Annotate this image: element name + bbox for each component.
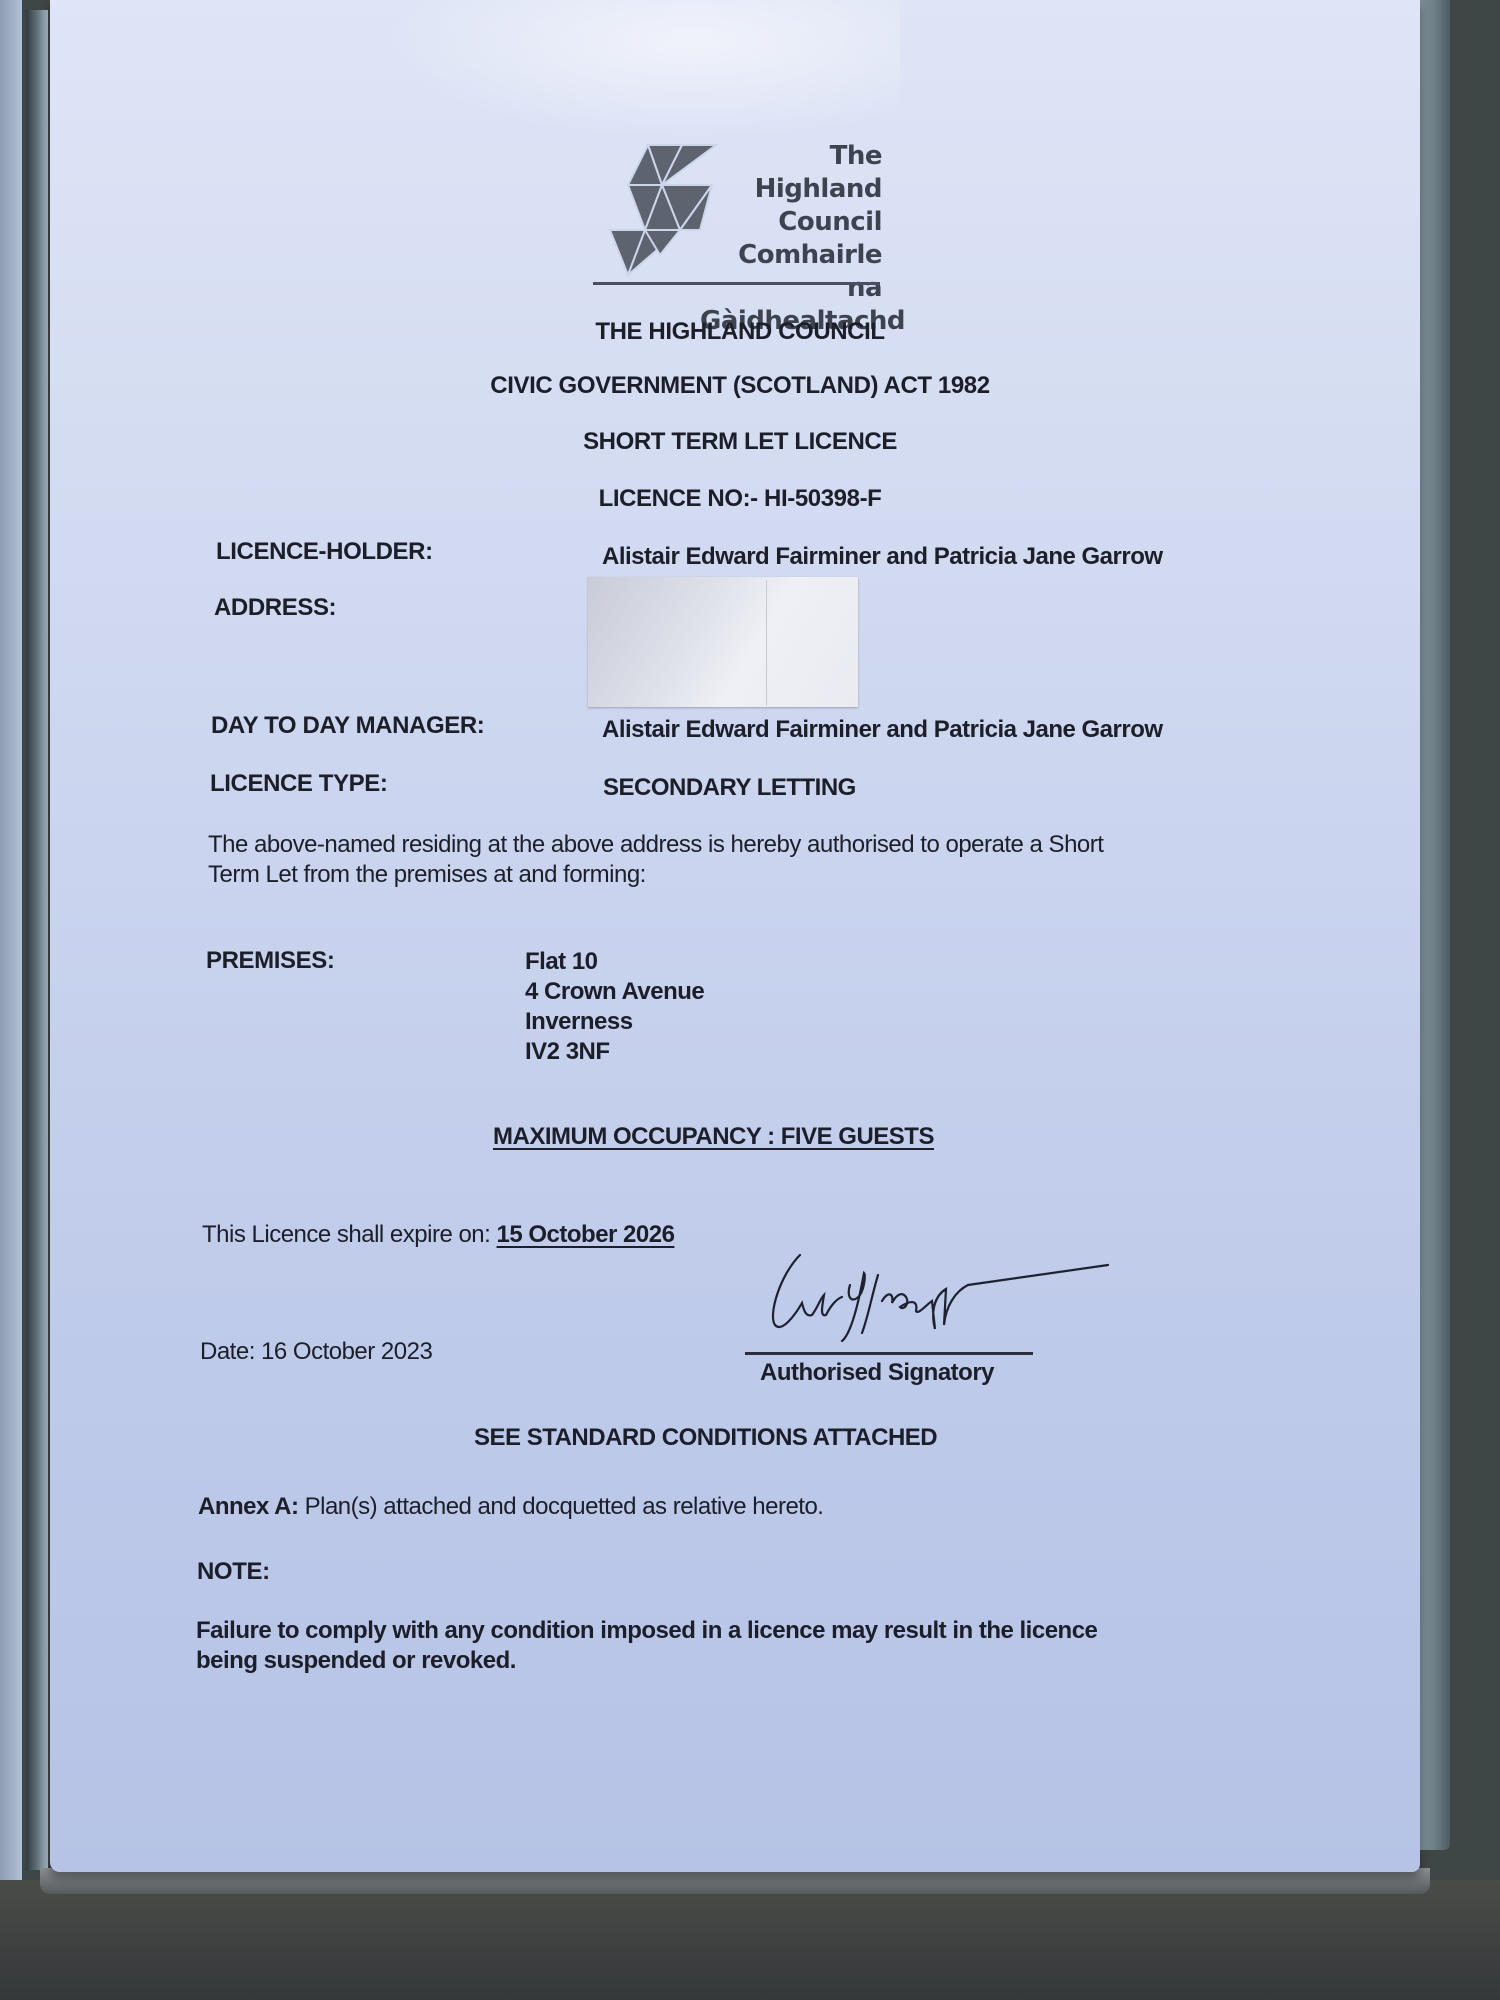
premises-line: Flat 10	[525, 947, 704, 977]
standard-conditions-note: SEE STANDARD CONDITIONS ATTACHED	[474, 1424, 937, 1452]
council-heading: THE HIGHLAND COUNCIL	[0, 318, 1480, 346]
day-to-day-manager-label: DAY TO DAY MANAGER:	[211, 712, 484, 740]
issue-date-prefix: Date:	[200, 1338, 261, 1365]
authorisation-line: The above-named residing at the above ad…	[208, 830, 1103, 860]
note-label: NOTE:	[197, 1558, 270, 1586]
licence-title: SHORT TERM LET LICENCE	[0, 428, 1480, 456]
maximum-occupancy: MAXIMUM OCCUPANCY : FIVE GUESTS	[493, 1123, 934, 1151]
licence-holder-label: LICENCE-HOLDER:	[216, 538, 433, 566]
premises-line: 4 Crown Avenue	[525, 977, 704, 1007]
logo-wordmark: The Highland Council Comhairle na Gàidhe…	[700, 140, 882, 338]
licence-type-label: LICENCE TYPE:	[210, 770, 387, 798]
note-line: being suspended or revoked.	[196, 1646, 1097, 1676]
premises-address: Flat 10 4 Crown Avenue Inverness IV2 3NF	[525, 947, 704, 1067]
authorisation-text: The above-named residing at the above ad…	[208, 830, 1103, 890]
issue-date: Date: 16 October 2023	[200, 1337, 432, 1367]
annex-a: Annex A: Plan(s) attached and docquetted…	[198, 1492, 823, 1522]
annex-text: Plan(s) attached and docquetted as relat…	[298, 1493, 823, 1520]
licence-number: LICENCE NO:- HI-50398-F	[0, 485, 1480, 513]
premises-line: IV2 3NF	[525, 1037, 704, 1067]
expiry-prefix: This Licence shall expire on:	[202, 1221, 497, 1248]
authorised-signatory-label: Authorised Signatory	[760, 1359, 994, 1387]
day-to-day-manager-value: Alistair Edward Fairminer and Patricia J…	[602, 716, 1163, 744]
redaction-fold	[766, 580, 767, 706]
annex-label: Annex A:	[198, 1493, 298, 1520]
address-redaction-sticker	[588, 577, 858, 707]
logo-line: Council	[700, 206, 882, 239]
signature-icon	[760, 1245, 1120, 1355]
premises-label: PREMISES:	[206, 947, 334, 975]
expiry-statement: This Licence shall expire on: 15 October…	[202, 1220, 674, 1250]
logo-line: Comhairle na	[700, 239, 882, 305]
authorisation-line: Term Let from the premises at and formin…	[208, 860, 1103, 890]
act-heading: CIVIC GOVERNMENT (SCOTLAND) ACT 1982	[0, 372, 1480, 400]
address-label: ADDRESS:	[214, 594, 336, 622]
licence-holder-value: Alistair Edward Fairminer and Patricia J…	[602, 543, 1163, 571]
note-text: Failure to comply with any condition imp…	[196, 1616, 1097, 1676]
issue-date-value: 16 October 2023	[261, 1338, 432, 1365]
premises-line: Inverness	[525, 1007, 704, 1037]
logo-line: The Highland	[700, 140, 882, 206]
licence-document: The Highland Council Comhairle na Gàidhe…	[0, 0, 1500, 2000]
expiry-date: 15 October 2026	[497, 1221, 675, 1248]
signature-line	[745, 1352, 1033, 1355]
licence-type-value: SECONDARY LETTING	[603, 774, 856, 802]
logo-underline	[593, 282, 880, 285]
note-line: Failure to comply with any condition imp…	[196, 1616, 1097, 1646]
